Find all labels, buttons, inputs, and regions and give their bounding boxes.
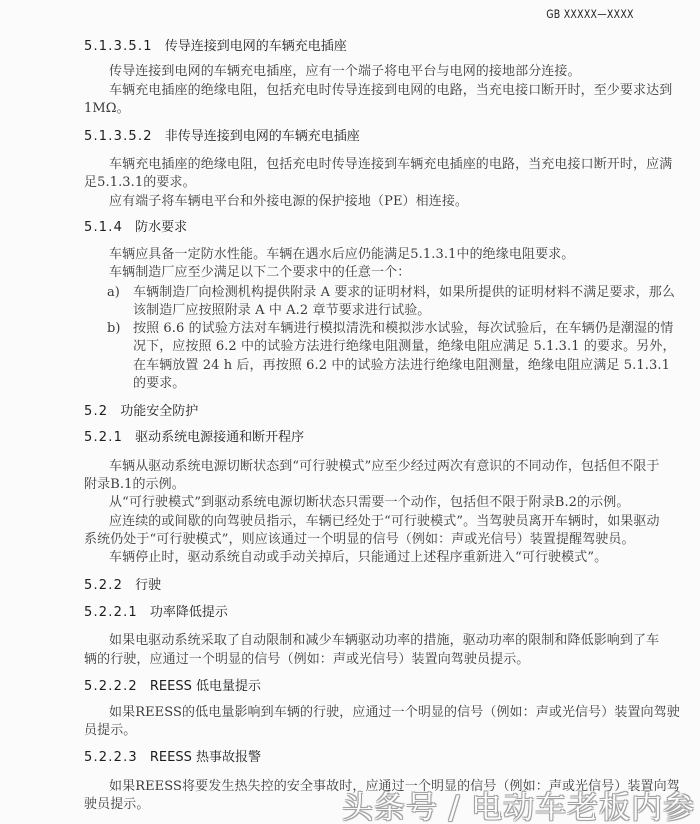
list-marker-b: b) xyxy=(107,320,120,338)
section-title: REESS 热事故报警 xyxy=(150,750,261,765)
paragraph-line: 车辆停止时，驱动系统自动或手动关掉后，只能通过上述程序重新进入“可行驶模式”。 xyxy=(109,549,661,567)
section-heading-5-2-2-2: 5.2.2.2REESS 低电量提示 xyxy=(84,678,261,696)
paragraph-line: 系统仍处于“可行驶模式”，则应该通过一个明显的信号（例如：声或光信号）装置提醒驾… xyxy=(84,531,636,549)
section-number: 5.2.1 xyxy=(84,429,123,447)
paragraph-line: 足5.1.3.1的要求。 xyxy=(84,174,636,192)
section-heading-5-2-2: 5.2.2行驶 xyxy=(84,577,161,595)
section-number: 5.1.3.5.1 xyxy=(84,38,153,56)
section-number: 5.2.2.2 xyxy=(84,678,138,696)
section-number: 5.2.2.3 xyxy=(84,749,138,767)
paragraph-line: 应连续的或间歇的向驾驶员指示，车辆已经处于“可行驶模式”。当驾驶员离开车辆时，如… xyxy=(109,513,661,531)
section-number: 5.1.3.5.2 xyxy=(84,128,153,146)
paragraph-line: 车辆应具备一定防水性能。车辆在遇水后应仍能满足5.1.3.1中的绝缘电阻要求。 xyxy=(109,246,661,264)
list-marker-a: a) xyxy=(107,284,120,302)
section-number: 5.1.4 xyxy=(84,219,123,237)
document-page: GB XXXXX—XXXX 5.1.3.5.1传导连接到电网的车辆充电插座 传导… xyxy=(0,0,700,824)
section-heading-5-1-3-5-1: 5.1.3.5.1传导连接到电网的车辆充电插座 xyxy=(84,38,347,56)
paragraph-line: 从“可行驶模式”到驱动系统电源切断状态只需要一个动作，包括但不限于附录B.2的示… xyxy=(109,494,661,512)
section-title: 防水要求 xyxy=(135,220,187,235)
paragraph-line: 附录B.1的示例。 xyxy=(84,476,636,494)
section-title: 功率降低提示 xyxy=(150,605,228,620)
watermark: 头条号 / 电动车老板内参 xyxy=(342,782,695,824)
section-title: REESS 低电量提示 xyxy=(150,679,261,694)
section-heading-5-2-2-3: 5.2.2.3REESS 热事故报警 xyxy=(84,749,261,767)
paragraph-line: 车辆制造厂应至少满足以下二个要求中的任意一个： xyxy=(109,264,661,282)
section-title: 传导连接到电网的车辆充电插座 xyxy=(165,39,347,54)
list-item-line: 况下，应按照 6.2 中的试验方法进行绝缘电阻测量，绝缘电阻应满足 5.1.3.… xyxy=(133,338,685,356)
section-heading-5-1-4: 5.1.4防水要求 xyxy=(84,219,187,237)
section-heading-5-2-1: 5.2.1驱动系统电源接通和断开程序 xyxy=(84,429,304,447)
section-heading-5-1-3-5-2: 5.1.3.5.2非传导连接到电网的车辆充电插座 xyxy=(84,128,360,146)
paragraph-line: 1MΩ。 xyxy=(84,100,636,118)
paragraph-line: 辆的行驶，应通过一个明显的信号（例如：声或光信号）装置向驾驶员提示。 xyxy=(84,651,636,669)
list-item-line: 在车辆放置 24 h 后，再按照 6.2 中的试验方法进行绝缘电阻测量，绝缘电阻… xyxy=(133,357,685,375)
paragraph-line: 如果电驱动系统采取了自动限制和减少车辆驱动功率的措施，驱动功率的限制和降低影响到… xyxy=(109,632,661,650)
paragraph-line: 如果REESS的低电量影响到车辆的行驶，应通过一个明显的信号（例如：声或光信号）… xyxy=(109,704,661,722)
section-heading-5-2-2-1: 5.2.2.1功率降低提示 xyxy=(84,604,228,622)
paragraph-line: 车辆充电插座的绝缘电阻，包括充电时传导连接到车辆充电插座的电路，当充电接口断开时… xyxy=(109,156,661,174)
list-item-line: 按照 6.6 的试验方法对车辆进行模拟清洗和模拟涉水试验，每次试验后，在车辆仍是… xyxy=(133,320,685,338)
list-item-line: 该制造厂应按照附录 A 中 A.2 章节要求进行试验。 xyxy=(133,302,685,320)
list-item-line: 的要求。 xyxy=(133,375,685,393)
section-title: 行驶 xyxy=(135,578,161,593)
paragraph-line: 车辆充电插座的绝缘电阻，包括充电时传导连接到电网的电路，当充电接口断开时，至少要… xyxy=(109,82,661,100)
paragraph-line: 传导连接到电网的车辆充电插座，应有一个端子将电平台与电网的接地部分连接。 xyxy=(109,63,661,81)
section-title: 驱动系统电源接通和断开程序 xyxy=(135,430,304,445)
section-number: 5.2.2 xyxy=(84,577,123,595)
section-title: 非传导连接到电网的车辆充电插座 xyxy=(165,129,360,144)
section-number: 5.2.2.1 xyxy=(84,604,138,622)
standard-code-header: GB XXXXX—XXXX xyxy=(546,7,634,21)
section-number: 5.2 xyxy=(84,403,108,421)
section-heading-5-2: 5.2功能安全防护 xyxy=(84,403,198,421)
list-item-line: 车辆制造厂向检测机构提供附录 A 要求的证明材料，如果所提供的证明材料不满足要求… xyxy=(133,284,685,302)
paragraph-line: 员提示。 xyxy=(84,722,636,740)
paragraph-line: 应有端子将车辆电平台和外接电源的保护接地（PE）相连接。 xyxy=(109,193,661,211)
paragraph-line: 车辆从驱动系统电源切断状态到“可行驶模式”应至少经过两次有意识的不同动作，包括但… xyxy=(109,458,661,476)
section-title: 功能安全防护 xyxy=(120,404,198,419)
